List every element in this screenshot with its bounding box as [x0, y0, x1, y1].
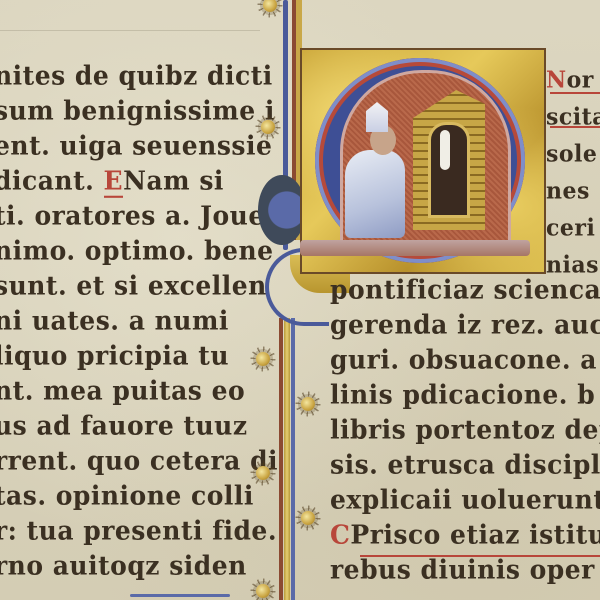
idol-statue — [440, 130, 450, 170]
acanthus-flourish — [258, 175, 306, 245]
gold-dot-icon — [256, 584, 270, 598]
text-line: nites de quibz dicti — [0, 57, 256, 94]
text-segment: Nam si — [123, 165, 224, 195]
left-text-column: nites de quibz dicti sum benignissime i … — [0, 58, 256, 583]
text-line: pontificiaz scienca. b — [330, 271, 600, 308]
text-line: rrent. quo cetera di — [0, 442, 256, 479]
text-line: libris portentoz dep — [330, 411, 600, 448]
right-text-column: pontificiaz scienca. b gerenda iz rez. a… — [330, 272, 600, 587]
text-line: scita — [546, 98, 600, 137]
text-line: NNoror — [546, 61, 600, 100]
text-line: linis pdicacione. b — [330, 376, 600, 413]
bishop-figure-robe — [345, 150, 405, 238]
text-line: sole — [546, 135, 600, 174]
red-ruling-line — [550, 92, 600, 94]
text-line: sunt. et si excellen — [0, 267, 256, 304]
text-line: sis. etrusca disciplin — [330, 446, 600, 483]
text-line: explicaii uoluerunt — [330, 481, 600, 518]
text-line: nes — [546, 172, 600, 211]
gold-dot-icon — [256, 352, 270, 366]
rubric-letter: N — [546, 66, 567, 93]
initial-base — [300, 240, 530, 256]
gold-dot-icon — [301, 511, 315, 525]
gold-dot-icon — [261, 120, 275, 134]
text-line: ent. uiga seuenssie — [0, 127, 256, 164]
text-segment: Prisco etiaz istitu — [350, 519, 600, 549]
text-line: ti. oratores a. Joue. — [0, 197, 256, 234]
fold-line — [0, 16, 260, 31]
rubric-initial: C — [330, 519, 350, 549]
red-ruling-line — [550, 126, 600, 128]
gold-dot-icon — [256, 466, 270, 480]
text-line: r: tua presenti fide. — [0, 512, 256, 549]
text-segment: dicant. — [0, 165, 94, 195]
text-line-with-rubric: dicant. ENam si — [0, 162, 256, 199]
text-line: sum benignissime i — [0, 92, 256, 129]
text-line: guri. obsuacone. a — [330, 341, 600, 378]
border-bar-red — [279, 318, 283, 600]
border-bar-blue — [291, 318, 295, 600]
text-line: ni uates. a numi — [0, 302, 256, 339]
gold-dot-icon — [263, 0, 277, 12]
border-bar-gold — [284, 318, 290, 600]
text-line: gerenda iz rez. auctt — [330, 306, 600, 343]
text-line: rno auitoqz siden — [0, 547, 256, 584]
text-line: ceri — [546, 209, 600, 248]
text-line: nimo. optimo. bene — [0, 232, 256, 269]
inset-text-column: NNoror scita sole nes ceri nias — [546, 62, 600, 284]
text-line: nt. mea puitas eo — [0, 372, 256, 409]
gold-dot-icon — [301, 397, 315, 411]
rubric-initial: E — [104, 165, 124, 198]
text-line: tas. opinione colli — [0, 477, 256, 514]
text-line: us ad fauore tuuz — [0, 407, 256, 444]
blue-flourish-underline — [130, 594, 230, 597]
text-line: liquo pricipia tu — [0, 337, 256, 374]
text-line-with-rubric: CPrisco etiaz istitu — [330, 516, 600, 553]
red-ruling-line — [360, 555, 600, 557]
